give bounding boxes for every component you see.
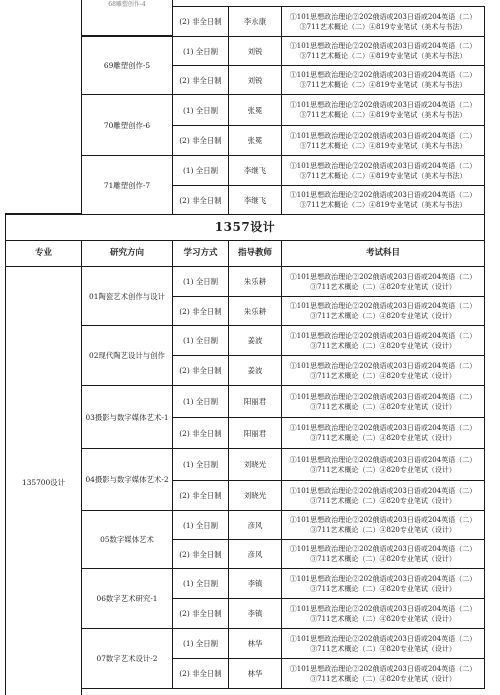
exam-cell: ①101思想政治理论②202俄语或203日语或204英语（二）③711艺术概论（… — [281, 65, 485, 95]
advisor-cell: 姜波 — [228, 325, 282, 356]
exam-cell: ①101思想政治理论②202俄语或203日语或204英语（二）③711艺术概论（… — [281, 385, 485, 418]
mode-cell: (2) 非全日制 — [172, 296, 229, 326]
advisor-cell: 刘锐 — [228, 36, 282, 66]
mode-cell: (1) 全日制 — [172, 568, 229, 599]
direction-cell: 04摄影与数字媒体艺术-2 — [81, 448, 173, 511]
exam-cell: ①101思想政治理论②202俄语或203日语或204英语（二）③711艺术概论（… — [281, 125, 485, 156]
exam-cell: ①101思想政治理论②202俄语或203日语或204英语（二）③711艺术概论（… — [281, 36, 485, 66]
major-cell-continued — [5, 0, 82, 214]
mode-cell: (2) 非全日制 — [172, 6, 229, 37]
direction-cell: 69雕塑创作-5 — [81, 36, 173, 95]
exam-cell: ①101思想政治理论②202俄语或203日语或204英语（二）③711艺术概论（… — [281, 598, 485, 629]
advisor-cell: 朱乐耕 — [228, 266, 282, 297]
mode-cell: (1) 全日制 — [172, 510, 229, 540]
header-mode: 学习方式 — [172, 240, 229, 267]
advisor-cell: 刘晓光 — [228, 480, 282, 511]
exam-cell: ①101思想政治理论②202俄语或203日语或204英语（二）③711艺术概论（… — [281, 296, 485, 326]
mode-cell: (1) 全日制 — [172, 448, 229, 481]
exam-cell: ①101思想政治理论②202俄语或203日语或204英语（二）③711艺术概论（… — [281, 355, 485, 386]
advisor-cell: 彦风 — [228, 539, 282, 569]
exam-cell: ①101思想政治理论②202俄语或203日语或204英语（二）③711艺术概论（… — [281, 325, 485, 356]
exam-cell: ①101思想政治理论②202俄语或203日语或204英语（二）③711艺术概论（… — [281, 448, 485, 481]
exam-cell: ①101思想政治理论②202俄语或203日语或204英语（二）③711艺术概论（… — [281, 417, 485, 449]
advisor-cell: 林华 — [228, 658, 282, 689]
advisor-cell: 彦风 — [228, 510, 282, 540]
direction-cell: 71雕塑创作-7 — [81, 155, 173, 215]
mode-cell: (2) 非全日制 — [172, 65, 229, 95]
direction-cell: 02现代陶艺设计与创作 — [81, 325, 173, 386]
header-direction: 研究方向 — [81, 240, 173, 267]
admissions-table: 68雕塑创作-4 (2) 非全日制 李永康 ①101思想政治理论②202俄语或2… — [0, 0, 500, 695]
advisor-cell: 阳丽君 — [228, 385, 282, 418]
exam-cell: ①101思想政治理论②202俄语或203日语或204英语（二）③711艺术概论（… — [281, 6, 485, 37]
advisor-cell: 刘锐 — [228, 65, 282, 95]
advisor-cell: 张冕 — [228, 125, 282, 156]
advisor-cell: 姜波 — [228, 355, 282, 386]
mode-cell: (2) 非全日制 — [172, 125, 229, 156]
exam-cell: ①101思想政治理论②202俄语或203日语或204英语（二）③711艺术概论（… — [281, 94, 485, 126]
mode-cell: (2) 非全日制 — [172, 480, 229, 511]
exam-cell: ①101思想政治理论②202俄语或203日语或204英语（二）③711艺术概论（… — [281, 155, 485, 186]
mode-cell: (2) 非全日制 — [172, 417, 229, 449]
advisor-cell: 林华 — [228, 628, 282, 659]
direction-cell: 03摄影与数字媒体艺术-1 — [81, 385, 173, 449]
exam-cell: ①101思想政治理论②202俄语或203日语或204英语（二）③711艺术概论（… — [281, 266, 485, 297]
advisor-cell: 李永康 — [228, 6, 282, 37]
mode-cell: (1) 全日制 — [172, 628, 229, 659]
header-exam: 考试科目 — [281, 240, 485, 267]
advisor-cell: 李镇 — [228, 598, 282, 629]
exam-cell: ①101思想政治理论②202俄语或203日语或204英语（二）③711艺术概论（… — [281, 658, 485, 689]
advisor-cell: 朱乐耕 — [228, 296, 282, 326]
mode-cell: (1) 全日制 — [172, 385, 229, 418]
mode-cell: (2) 非全日制 — [172, 355, 229, 386]
exam-cell: ①101思想政治理论②202俄语或203日语或204英语（二）③711艺术概论（… — [281, 568, 485, 599]
exam-cell: ①101思想政治理论②202俄语或203日语或204英语（二）③711艺术概论（… — [281, 628, 485, 659]
direction-cell: 01陶瓷艺术创作与设计 — [81, 266, 173, 326]
advisor-cell: 李镇 — [228, 568, 282, 599]
advisor-cell: 李继飞 — [228, 155, 282, 186]
major-cell: 135700设计 — [5, 266, 82, 695]
exam-cell: ①101思想政治理论②202俄语或203日语或204英语（二）③711艺术概论（… — [281, 480, 485, 511]
exam-cell: ①101思想政治理论②202俄语或203日语或204英语（二）③711艺术概论（… — [281, 510, 485, 540]
direction-cell: 07数字艺术设计-2 — [81, 628, 173, 689]
mode-cell: (2) 非全日制 — [172, 185, 229, 215]
mode-cell: (2) 非全日制 — [172, 539, 229, 569]
direction-cell: 70雕塑创作-6 — [81, 94, 173, 156]
exam-cell: ①101思想政治理论②202俄语或203日语或204英语（二）③711艺术概论（… — [281, 185, 485, 215]
mode-cell: (1) 全日制 — [172, 155, 229, 186]
mode-cell: (1) 全日制 — [172, 325, 229, 356]
advisor-cell: 李继飞 — [228, 185, 282, 215]
mode-cell: (1) 全日制 — [172, 266, 229, 297]
mode-cell: (1) 全日制 — [172, 94, 229, 126]
direction-cell: 06数字艺术研究-1 — [81, 568, 173, 629]
advisor-cell: 张冕 — [228, 94, 282, 126]
header-major: 专业 — [5, 240, 82, 267]
mode-cell: (2) 非全日制 — [172, 658, 229, 689]
direction-cell: 68雕塑创作-4 — [81, 0, 173, 36]
advisor-cell: 阳丽君 — [228, 417, 282, 449]
advisor-cell: 刘晓光 — [228, 448, 282, 481]
exam-cell: ①101思想政治理论②202俄语或203日语或204英语（二）③711艺术概论（… — [281, 539, 485, 569]
header-advisor: 指导教师 — [228, 240, 282, 267]
mode-cell: (2) 非全日制 — [172, 598, 229, 629]
mode-cell: (1) 全日制 — [172, 36, 229, 66]
direction-cell: 05数字媒体艺术 — [81, 510, 173, 569]
section-title: 1357设计 — [5, 214, 485, 241]
